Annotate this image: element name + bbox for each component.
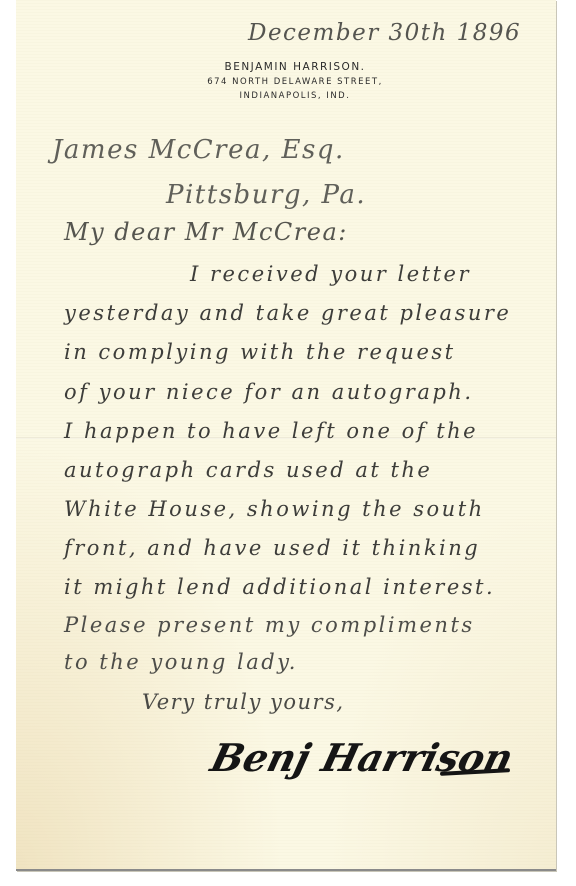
body-line: to the young lady. (64, 650, 298, 674)
letterhead: BENJAMIN HARRISON. 674 NORTH DELAWARE ST… (170, 60, 420, 103)
body-line: of your niece for an autograph. (64, 380, 474, 404)
letter-date: December 30th 1896 (248, 20, 521, 46)
recipient-location: Pittsburg, Pa. (166, 180, 366, 210)
letterhead-city: INDIANAPOLIS, IND. (170, 89, 420, 103)
letter-page: December 30th 1896 BENJAMIN HARRISON. 67… (0, 0, 576, 886)
body-line: White House, showing the south (64, 497, 485, 521)
body-line: Please present my compliments (64, 613, 475, 637)
closing: Very truly yours, (142, 690, 345, 714)
body-line: it might lend additional interest. (64, 575, 495, 599)
body-line: front, and have used it thinking (64, 536, 480, 560)
body-line: autograph cards used at the (64, 458, 432, 482)
body-line: I received your letter (190, 262, 471, 286)
body-line: in complying with the request (64, 340, 456, 364)
letterhead-name: BENJAMIN HARRISON. (170, 60, 420, 75)
body-line: yesterday and take great pleasure (64, 301, 511, 325)
letterhead-street: 674 NORTH DELAWARE STREET, (170, 75, 420, 89)
body-line: I happen to have left one of the (64, 419, 478, 443)
salutation: My dear Mr McCrea: (64, 218, 348, 246)
recipient-name: James McCrea, Esq. (52, 135, 345, 165)
